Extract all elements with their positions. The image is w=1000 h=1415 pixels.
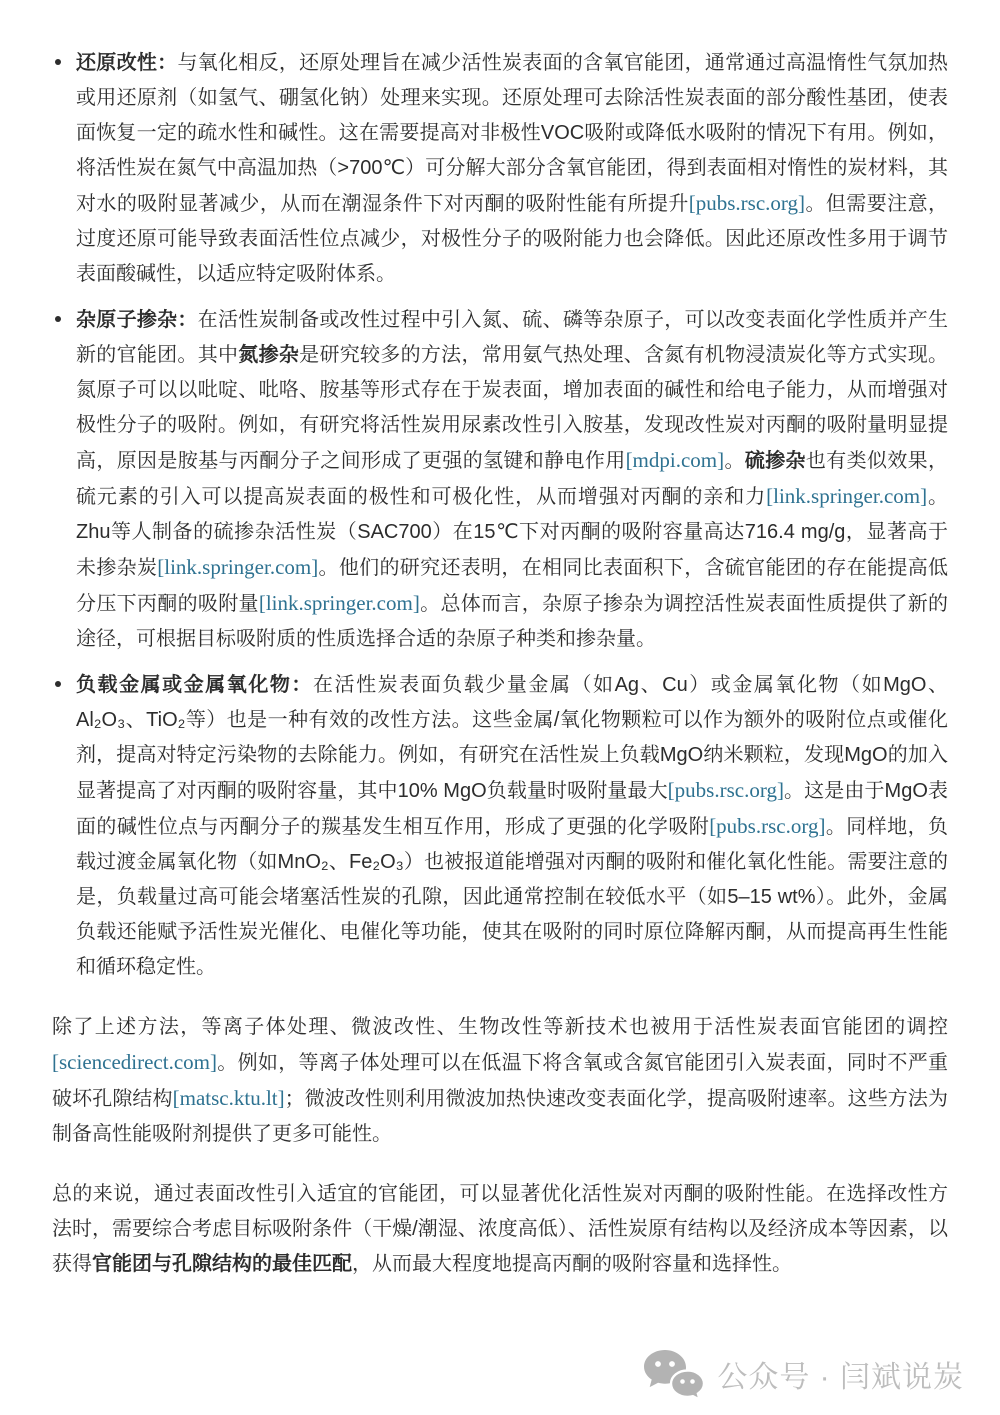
bullet-marker — [52, 668, 76, 985]
bullet-dot-icon — [55, 59, 61, 65]
paragraph: 除了上述方法，等离子体处理、微波改性、生物改性等新技术也被用于活性炭表面官能团的… — [52, 1010, 948, 1152]
citation-link[interactable]: [pubs.rsc.org] — [668, 778, 784, 802]
bullet-dot-icon — [55, 316, 61, 322]
bullet-list: 还原改性：与氧化相反，还原处理旨在减少活性炭表面的含氧官能团，通常通过高温惰性气… — [52, 46, 948, 985]
citation-link[interactable]: [pubs.rsc.org] — [709, 814, 825, 838]
citation-link[interactable]: [pubs.rsc.org] — [689, 191, 805, 215]
wechat-icon — [643, 1349, 705, 1399]
bold-term: 杂原子掺杂： — [76, 309, 198, 331]
text-run: 。同样地，负载过渡金属氧化物（如MnO₂、Fe₂O₃）也被报道能增强对丙酮的吸附… — [76, 816, 948, 978]
bold-term: 负载金属或金属氧化物： — [76, 674, 313, 696]
bold-term: 官能团与孔隙结构的最佳匹配 — [92, 1253, 352, 1275]
bullet-paragraph: 负载金属或金属氧化物：在活性炭表面负载少量金属（如Ag、Cu）或金属氧化物（如M… — [76, 668, 948, 985]
text-run: 与氧化相反，还原处理旨在减少活性炭表面的含氧官能团，通常通过高温惰性气氛加热或用… — [76, 52, 948, 215]
bold-term: 氮掺杂 — [238, 344, 299, 366]
bullet-marker — [52, 303, 76, 657]
list-item: 负载金属或金属氧化物：在活性炭表面负载少量金属（如Ag、Cu）或金属氧化物（如M… — [52, 668, 948, 985]
bullet-marker — [52, 46, 76, 292]
bold-term: 还原改性： — [76, 52, 177, 74]
citation-link[interactable]: [link.springer.com] — [259, 591, 420, 615]
text-run: 。 — [724, 450, 745, 472]
citation-link[interactable]: [link.springer.com] — [766, 484, 927, 508]
citation-link[interactable]: [sciencedirect.com] — [52, 1050, 217, 1074]
citation-link[interactable]: [matsc.ktu.lt] — [173, 1086, 285, 1110]
bullet-paragraph: 杂原子掺杂：在活性炭制备或改性过程中引入氮、硫、磷等杂原子，可以改变表面化学性质… — [76, 303, 948, 657]
paragraph: 总的来说，通过表面改性引入适宜的官能团，可以显著优化活性炭对丙酮的吸附性能。在选… — [52, 1177, 948, 1282]
citation-link[interactable]: [mdpi.com] — [626, 448, 725, 472]
text-run: 除了上述方法，等离子体处理、微波改性、生物改性等新技术也被用于活性炭表面官能团的… — [52, 1016, 948, 1038]
bullet-paragraph: 还原改性：与氧化相反，还原处理旨在减少活性炭表面的含氧官能团，通常通过高温惰性气… — [76, 46, 948, 292]
bold-term: 硫掺杂 — [745, 450, 806, 472]
bullet-dot-icon — [55, 681, 61, 687]
watermark-text: 公众号 · 闫斌说炭 — [717, 1352, 964, 1396]
citation-link[interactable]: [link.springer.com] — [157, 555, 318, 579]
article-body: 还原改性：与氧化相反，还原处理旨在减少活性炭表面的含氧官能团，通常通过高温惰性气… — [52, 46, 948, 1282]
list-item: 还原改性：与氧化相反，还原处理旨在减少活性炭表面的含氧官能团，通常通过高温惰性气… — [52, 46, 948, 292]
text-run: ，从而最大程度地提高丙酮的吸附容量和选择性。 — [352, 1253, 792, 1275]
list-item: 杂原子掺杂：在活性炭制备或改性过程中引入氮、硫、磷等杂原子，可以改变表面化学性质… — [52, 303, 948, 657]
watermark: 公众号 · 闫斌说炭 — [643, 1349, 964, 1399]
